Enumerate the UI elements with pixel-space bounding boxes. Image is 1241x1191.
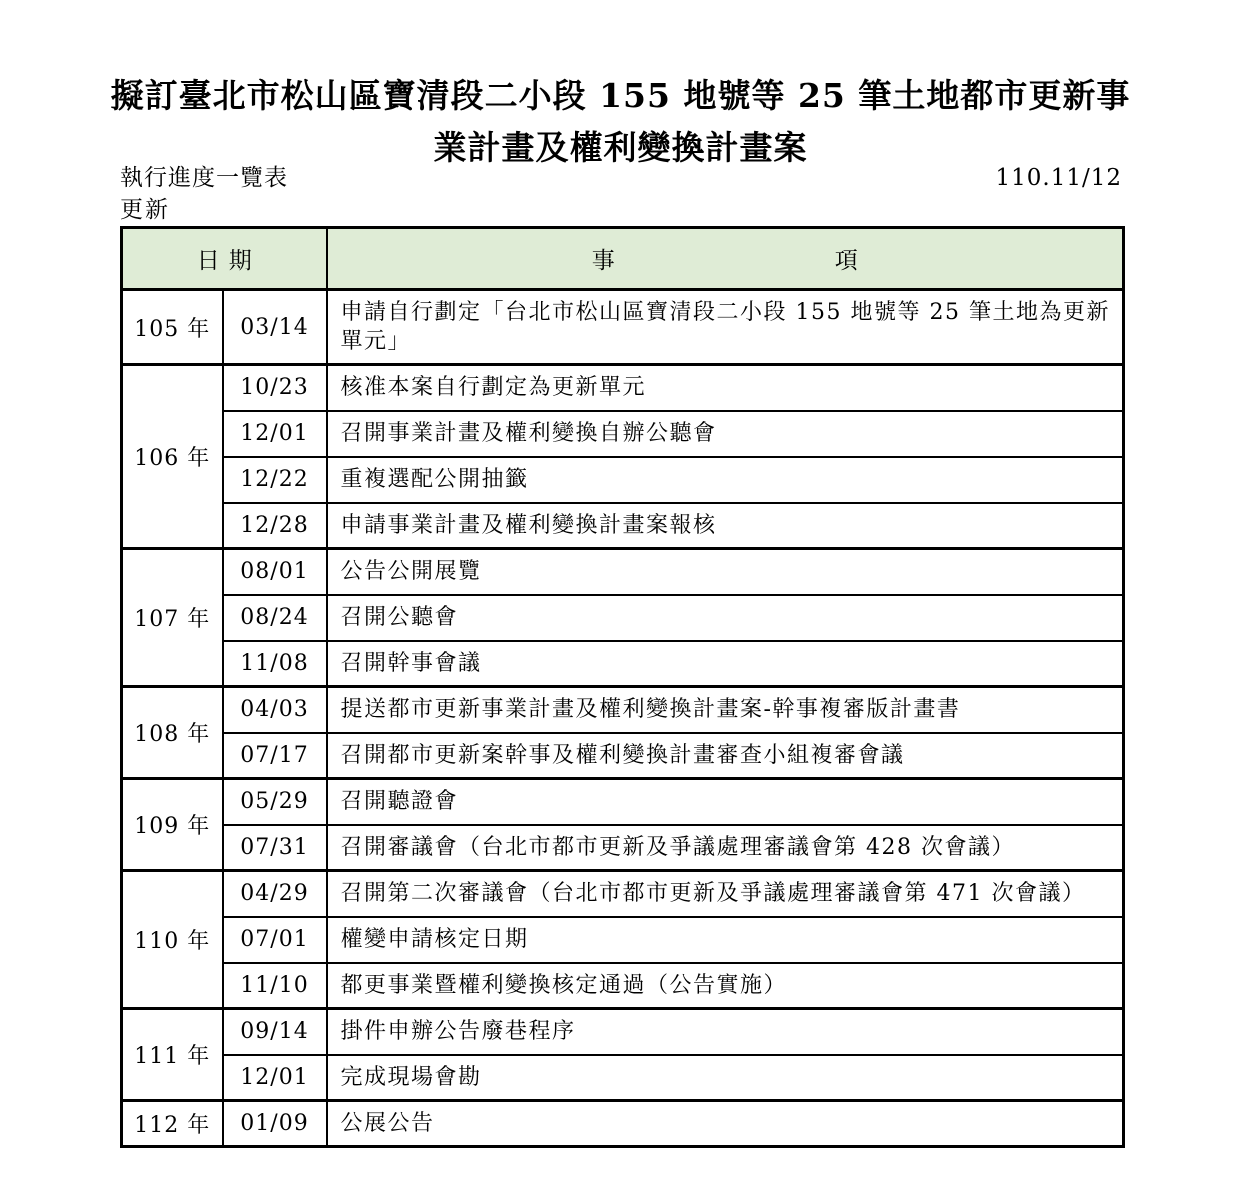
date-cell: 12/01 bbox=[223, 411, 327, 457]
table-row: 106 年 10/23 核准本案自行劃定為更新單元 bbox=[122, 365, 1124, 411]
date-cell: 08/24 bbox=[223, 595, 327, 641]
item-column-header: 事 項 bbox=[327, 228, 1124, 290]
year-cell: 109 年 bbox=[122, 779, 223, 871]
item-cell: 權變申請核定日期 bbox=[327, 917, 1124, 963]
item-cell: 申請自行劃定「台北市松山區寶清段二小段 155 地號等 25 筆土地為更新單元」 bbox=[327, 290, 1124, 365]
year-cell: 112 年 bbox=[122, 1101, 223, 1147]
year-cell: 106 年 bbox=[122, 365, 223, 549]
item-cell: 召開幹事會議 bbox=[327, 641, 1124, 687]
table-row: 07/31 召開審議會（台北市都市更新及爭議處理審議會第 428 次會議） bbox=[122, 825, 1124, 871]
item-cell: 召開公聽會 bbox=[327, 595, 1124, 641]
item-cell: 召開事業計畫及權利變換自辦公聽會 bbox=[327, 411, 1124, 457]
progress-list-label: 執行進度一覽表 bbox=[120, 162, 288, 194]
date-column-header: 日期 bbox=[122, 228, 327, 290]
item-cell: 公展公告 bbox=[327, 1101, 1124, 1147]
progress-table: 日期 事 項 105 年 03/14 申請自行劃定「台北市松山區寶清段二小段 1… bbox=[120, 226, 1125, 1148]
date-cell: 05/29 bbox=[223, 779, 327, 825]
date-cell: 01/09 bbox=[223, 1101, 327, 1147]
item-cell: 召開都市更新案幹事及權利變換計畫審查小組複審會議 bbox=[327, 733, 1124, 779]
table-row: 07/17 召開都市更新案幹事及權利變換計畫審查小組複審會議 bbox=[122, 733, 1124, 779]
item-cell: 掛件申辦公告廢巷程序 bbox=[327, 1009, 1124, 1055]
date-cell: 09/14 bbox=[223, 1009, 327, 1055]
table-row: 07/01 權變申請核定日期 bbox=[122, 917, 1124, 963]
item-cell: 召開審議會（台北市都市更新及爭議處理審議會第 428 次會議） bbox=[327, 825, 1124, 871]
date-cell: 04/29 bbox=[223, 871, 327, 917]
document-title: 擬訂臺北市松山區寶清段二小段 155 地號等 25 筆土地都市更新事業計畫及權利… bbox=[101, 0, 1141, 174]
date-cell: 07/31 bbox=[223, 825, 327, 871]
item-cell: 提送都市更新事業計畫及權利變換計畫案-幹事複審版計畫書 bbox=[327, 687, 1124, 733]
table-row: 105 年 03/14 申請自行劃定「台北市松山區寶清段二小段 155 地號等 … bbox=[122, 290, 1124, 365]
table-row: 12/01 完成現場會勘 bbox=[122, 1055, 1124, 1101]
item-header-right: 項 bbox=[835, 242, 858, 275]
date-cell: 07/17 bbox=[223, 733, 327, 779]
date-cell: 04/03 bbox=[223, 687, 327, 733]
table-row: 12/22 重複選配公開抽籤 bbox=[122, 457, 1124, 503]
item-cell: 都更事業暨權利變換核定通過（公告實施） bbox=[327, 963, 1124, 1009]
date-cell: 12/22 bbox=[223, 457, 327, 503]
table-row: 107 年 08/01 公告公開展覽 bbox=[122, 549, 1124, 595]
year-cell: 111 年 bbox=[122, 1009, 223, 1101]
table-row: 08/24 召開公聽會 bbox=[122, 595, 1124, 641]
item-cell: 公告公開展覽 bbox=[327, 549, 1124, 595]
item-header-left: 事 bbox=[592, 242, 615, 275]
table-header-row: 日期 事 項 bbox=[122, 228, 1124, 290]
item-cell: 召開聽證會 bbox=[327, 779, 1124, 825]
year-cell: 105 年 bbox=[122, 290, 223, 365]
table-row: 112 年 01/09 公展公告 bbox=[122, 1101, 1124, 1147]
date-cell: 11/08 bbox=[223, 641, 327, 687]
year-cell: 107 年 bbox=[122, 549, 223, 687]
date-cell: 03/14 bbox=[223, 290, 327, 365]
table-row: 12/28 申請事業計畫及權利變換計畫案報核 bbox=[122, 503, 1124, 549]
date-cell: 07/01 bbox=[223, 917, 327, 963]
year-cell: 108 年 bbox=[122, 687, 223, 779]
document-page: 擬訂臺北市松山區寶清段二小段 155 地號等 25 筆土地都市更新事業計畫及權利… bbox=[0, 0, 1241, 1191]
table-row: 11/10 都更事業暨權利變換核定通過（公告實施） bbox=[122, 963, 1124, 1009]
date-cell: 10/23 bbox=[223, 365, 327, 411]
table-row: 111 年 09/14 掛件申辦公告廢巷程序 bbox=[122, 1009, 1124, 1055]
item-cell: 申請事業計畫及權利變換計畫案報核 bbox=[327, 503, 1124, 549]
item-cell: 完成現場會勘 bbox=[327, 1055, 1124, 1101]
date-cell: 08/01 bbox=[223, 549, 327, 595]
date-cell: 12/28 bbox=[223, 503, 327, 549]
date-cell: 11/10 bbox=[223, 963, 327, 1009]
item-cell: 核准本案自行劃定為更新單元 bbox=[327, 365, 1124, 411]
table-row: 109 年 05/29 召開聽證會 bbox=[122, 779, 1124, 825]
date-cell: 12/01 bbox=[223, 1055, 327, 1101]
table-row: 12/01 召開事業計畫及權利變換自辦公聽會 bbox=[122, 411, 1124, 457]
update-label: 更新 bbox=[120, 194, 1122, 226]
revision-date: 110.11/12 bbox=[996, 162, 1123, 194]
table-row: 108 年 04/03 提送都市更新事業計畫及權利變換計畫案-幹事複審版計畫書 bbox=[122, 687, 1124, 733]
table-row: 110 年 04/29 召開第二次審議會（台北市都市更新及爭議處理審議會第 47… bbox=[122, 871, 1124, 917]
item-cell: 重複選配公開抽籤 bbox=[327, 457, 1124, 503]
table-row: 11/08 召開幹事會議 bbox=[122, 641, 1124, 687]
item-cell: 召開第二次審議會（台北市都市更新及爭議處理審議會第 471 次會議） bbox=[327, 871, 1124, 917]
year-cell: 110 年 bbox=[122, 871, 223, 1009]
